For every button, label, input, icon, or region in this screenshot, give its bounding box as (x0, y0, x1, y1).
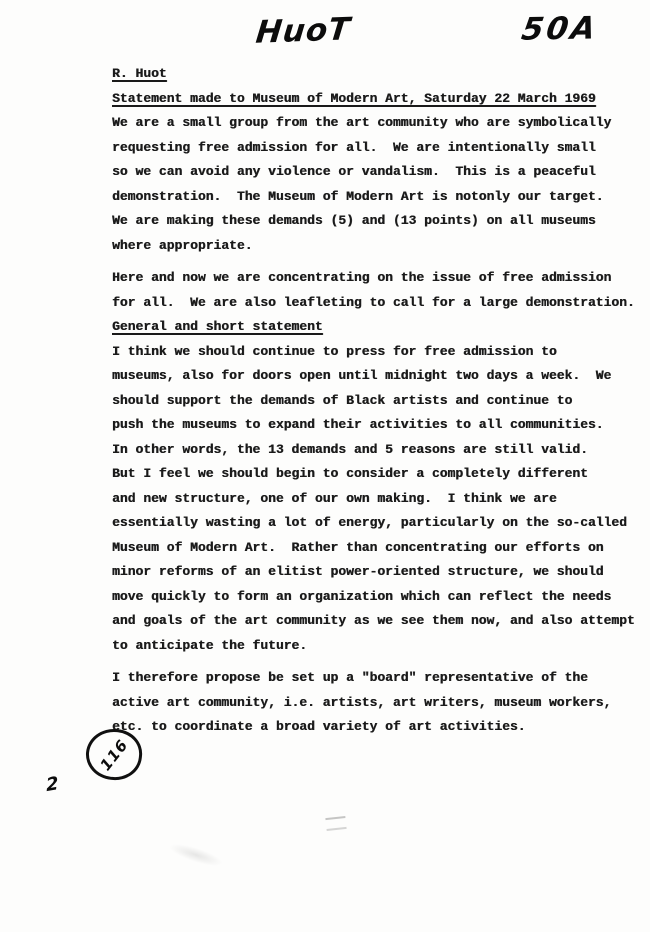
handwritten-page-number: 2 (45, 773, 59, 796)
scan-smudge (325, 816, 346, 831)
document-line: move quickly to form an organization whi… (112, 585, 642, 610)
scan-smudge (167, 840, 225, 871)
document-line: should support the demands of Black arti… (112, 389, 642, 414)
handwritten-sheet-code: 50A (519, 10, 601, 47)
document-line: Here and now we are concentrating on the… (112, 266, 642, 291)
document-line: so we can avoid any violence or vandalis… (112, 160, 642, 185)
document-line: minor reforms of an elitist power-orient… (112, 560, 642, 585)
document-line: and new structure, one of our own making… (112, 487, 642, 512)
document-line: etc. to coordinate a broad variety of ar… (112, 715, 642, 740)
document-line: for all. We are also leafleting to call … (112, 291, 642, 316)
document-line: museums, also for doors open until midni… (112, 364, 642, 389)
document-line: where appropriate. (112, 234, 642, 259)
document-line: We are a small group from the art commun… (112, 111, 642, 136)
document-line: Statement made to Museum of Modern Art, … (112, 87, 642, 112)
document-line: requesting free admission for all. We ar… (112, 136, 642, 161)
document-line: I therefore propose be set up a "board" … (112, 666, 642, 691)
document-line: to anticipate the future. (112, 634, 642, 659)
document-line: I think we should continue to press for … (112, 340, 642, 365)
document-line: and goals of the art community as we see… (112, 609, 642, 634)
document-line: We are making these demands (5) and (13 … (112, 209, 642, 234)
document-line: Museum of Modern Art. Rather than concen… (112, 536, 642, 561)
document-text: R. HuotStatement made to Museum of Moder… (112, 62, 642, 740)
document-line: push the museums to expand their activit… (112, 413, 642, 438)
document-line: General and short statement (112, 315, 642, 340)
document-line: R. Huot (112, 62, 642, 87)
circled-number-value: 116 (96, 735, 131, 773)
handwritten-title: HuoT (254, 11, 352, 50)
document-line: But I feel we should begin to consider a… (112, 462, 642, 487)
scanned-document-page: HuoT 50A R. HuotStatement made to Museum… (0, 0, 650, 932)
document-line: active art community, i.e. artists, art … (112, 691, 642, 716)
document-line: essentially wasting a lot of energy, par… (112, 511, 642, 536)
document-line: In other words, the 13 demands and 5 rea… (112, 438, 642, 463)
document-line: demonstration. The Museum of Modern Art … (112, 185, 642, 210)
